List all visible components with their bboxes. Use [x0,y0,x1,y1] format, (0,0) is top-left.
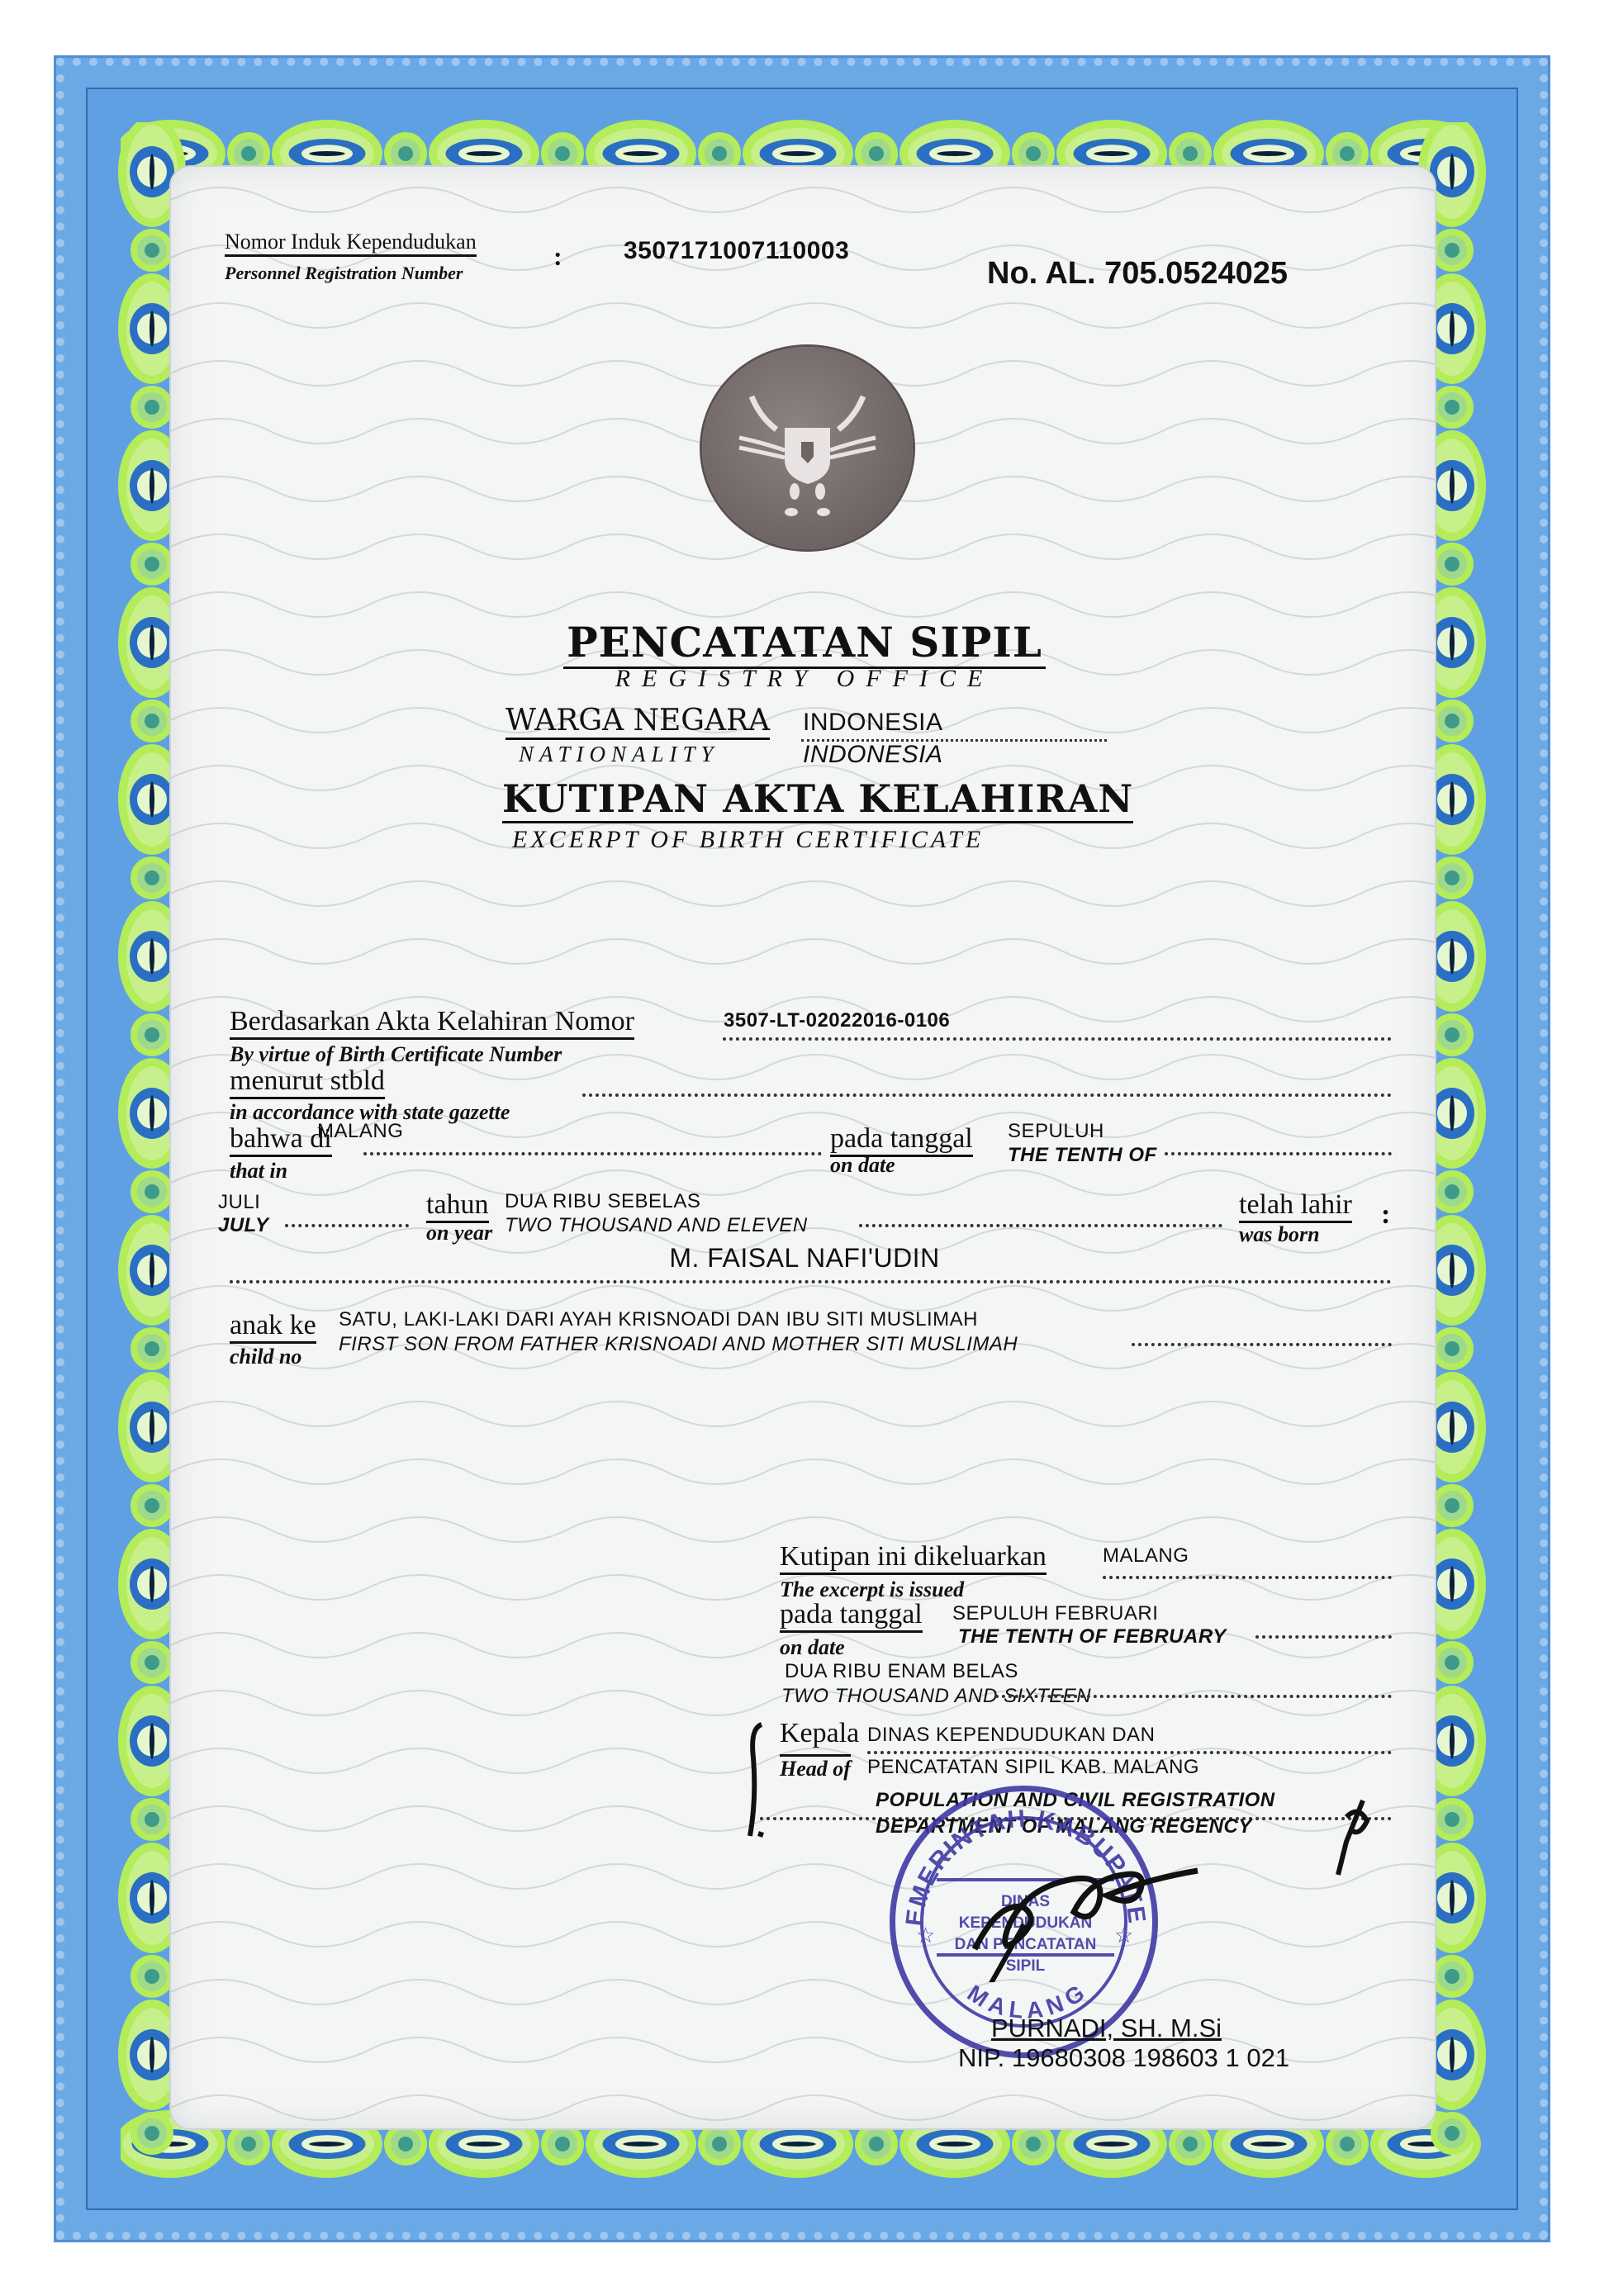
issued-date-dotted-line [1255,1635,1392,1639]
birth-date-label-en: on date [830,1153,895,1178]
cert-no-label-en: By virtue of Birth Certificate Number [230,1042,562,1067]
nationality-value: INDONESIA [803,709,943,737]
place-dotted-line [363,1152,822,1155]
born-label: telah lahir [1239,1189,1352,1223]
serial-number: No. AL. 705.0524025 [987,256,1288,292]
birth-date-value-en: THE TENTH OF [1008,1144,1157,1167]
signature-icon [727,1701,1404,1982]
birth-month-value: JULI [218,1191,260,1214]
document-title-en: EXCERPT OF BIRTH CERTIFICATE [512,826,984,854]
birth-date-dotted-line [1165,1152,1392,1155]
place-value: MALANG [317,1120,403,1143]
born-colon: : [1381,1199,1390,1231]
nationality-label-en: NATIONALITY [519,742,719,767]
issued-date-label: pada tanggal [780,1599,923,1633]
official-name: PURNADI, SH. M.Si [991,2014,1222,2043]
cert-no-value: 3507-LT-02022016-0106 [724,1009,950,1032]
official-nip: NIP. 19680308 198603 1 021 [958,2043,1289,2073]
office-title-en: REGISTRY OFFICE [0,665,1609,693]
garuda-emblem-icon [702,347,913,549]
nationality-value-en: INDONESIA [803,741,943,769]
cert-no-dotted-line [723,1037,1392,1041]
nik-label-en: Personnel Registration Number [225,263,463,284]
issued-date-value: SEPULUH FEBRUARI [952,1602,1158,1625]
child-name-dotted-line [230,1280,1392,1283]
place-label-en: that in [230,1159,287,1184]
child-no-dotted-line [1132,1343,1392,1346]
child-no-label-en: child no [230,1345,301,1369]
office-title: PENCATATAN SIPIL [563,618,1046,669]
birth-year-value-en: TWO THOUSAND AND ELEVEN [505,1214,808,1237]
gazette-dotted-line [582,1093,1392,1097]
child-no-value-en: FIRST SON FROM FATHER KRISNOADI AND MOTH… [339,1333,1018,1356]
birth-year-label: tahun [426,1189,489,1223]
year-dotted-line [859,1224,1222,1227]
issued-year-dotted-line [995,1695,1392,1698]
issued-date-label-en: on date [780,1635,845,1660]
child-name: M. FAISAL NAFI'UDIN [0,1243,1609,1274]
issued-year-value: DUA RIBU ENAM BELAS [785,1660,1018,1683]
child-no-label: anak ke [230,1310,316,1344]
issued-place: MALANG [1103,1544,1189,1568]
nik-label: Nomor Induk Kependudukan [225,230,477,257]
nationality-label: WARGA NEGARA [505,704,770,740]
gazette-label: menurut stbld [230,1065,385,1099]
document-title: KUTIPAN AKTA KELAHIRAN [502,776,1133,823]
birth-date-value: SEPULUH [1008,1120,1104,1143]
birth-date-label: pada tanggal [830,1123,973,1157]
issued-date-value-en: THE TENTH OF FEBRUARY [958,1625,1227,1648]
month-dotted-line [285,1224,409,1227]
child-no-value: SATU, LAKI-LAKI DARI AYAH KRISNOADI DAN … [339,1308,978,1331]
birth-year-label-en: on year [426,1221,492,1245]
issued-place-dotted-line [1103,1576,1392,1579]
issued-label: Kutipan ini dikeluarkan [780,1541,1047,1575]
nik-value: 3507171007110003 [624,237,849,265]
cert-no-label: Berdasarkan Akta Kelahiran Nomor [230,1006,634,1040]
birth-year-value: DUA RIBU SEBELAS [505,1190,700,1213]
birth-month-value-en: JULY [218,1214,269,1237]
nik-colon: : [553,241,562,272]
